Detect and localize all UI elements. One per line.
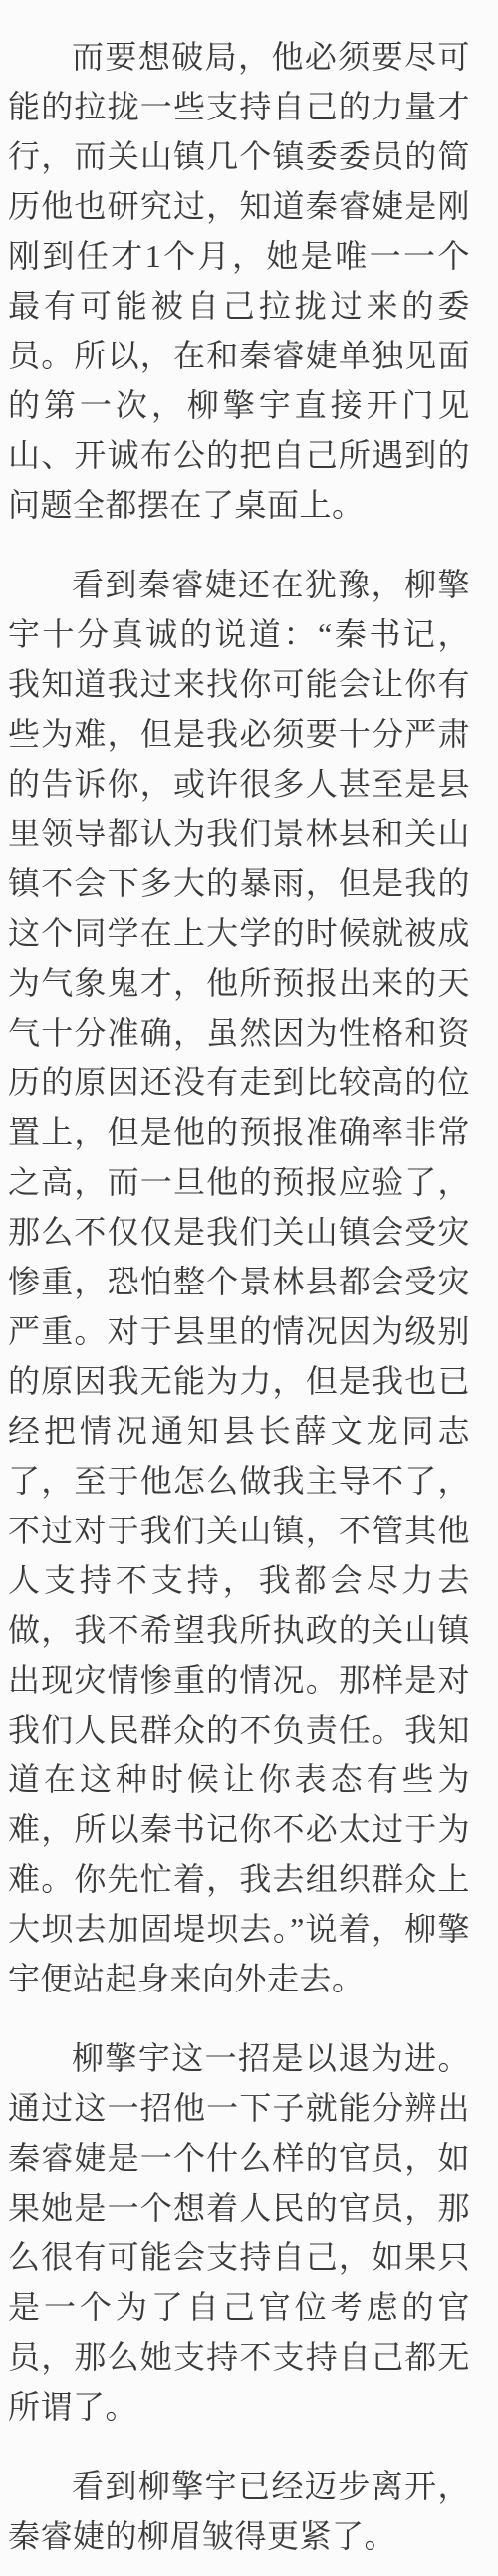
novel-paragraph: 而要想破局，他必须要尽可能的拉拢一些支持自己的力量才行，而关山镇几个镇委委员的简… <box>8 32 470 530</box>
novel-text-body: 而要想破局，他必须要尽可能的拉拢一些支持自己的力量才行，而关山镇几个镇委委员的简… <box>8 32 470 2561</box>
novel-paragraph: 柳擎宇这一招是以退为进。通过这一招他一下子就能分辨出秦睿婕是一个什么样的官员，如… <box>8 2033 470 2432</box>
novel-reader-page: 而要想破局，他必须要尽可能的拉拢一些支持自己的力量才行，而关山镇几个镇委委员的简… <box>0 0 498 2576</box>
novel-paragraph: 看到柳擎宇已经迈步离开，秦睿婕的柳眉皱得更紧了。 <box>8 2461 470 2561</box>
novel-paragraph: 看到秦睿婕还在犹豫，柳擎宇十分真诚的说道：“秦书记，我知道我过来找你可能会让你有… <box>8 560 470 2003</box>
